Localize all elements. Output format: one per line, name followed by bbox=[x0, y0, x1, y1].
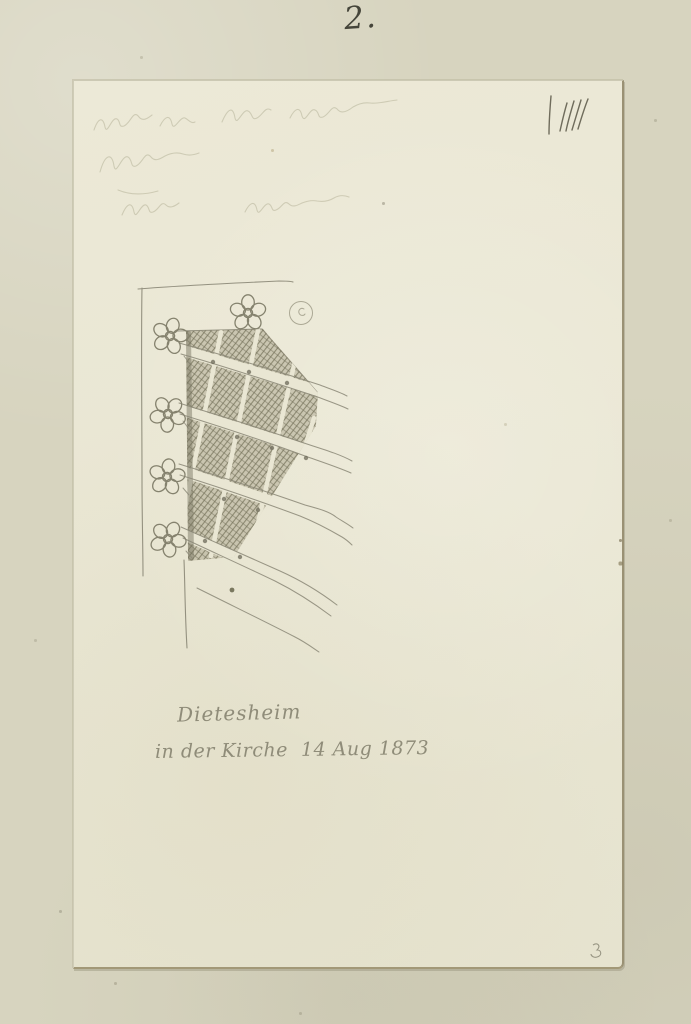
scan-mount: 2. bbox=[0, 0, 691, 1024]
caption-location-date: in der Kirche 14 Aug 1873 bbox=[155, 737, 429, 763]
paper-specks bbox=[0, 0, 1, 1]
caption-layer: Dietesheim in der Kirche 14 Aug 1873 bbox=[73, 80, 621, 966]
caption-title: Dietesheim bbox=[177, 699, 302, 726]
page-number: 2. bbox=[343, 0, 379, 37]
